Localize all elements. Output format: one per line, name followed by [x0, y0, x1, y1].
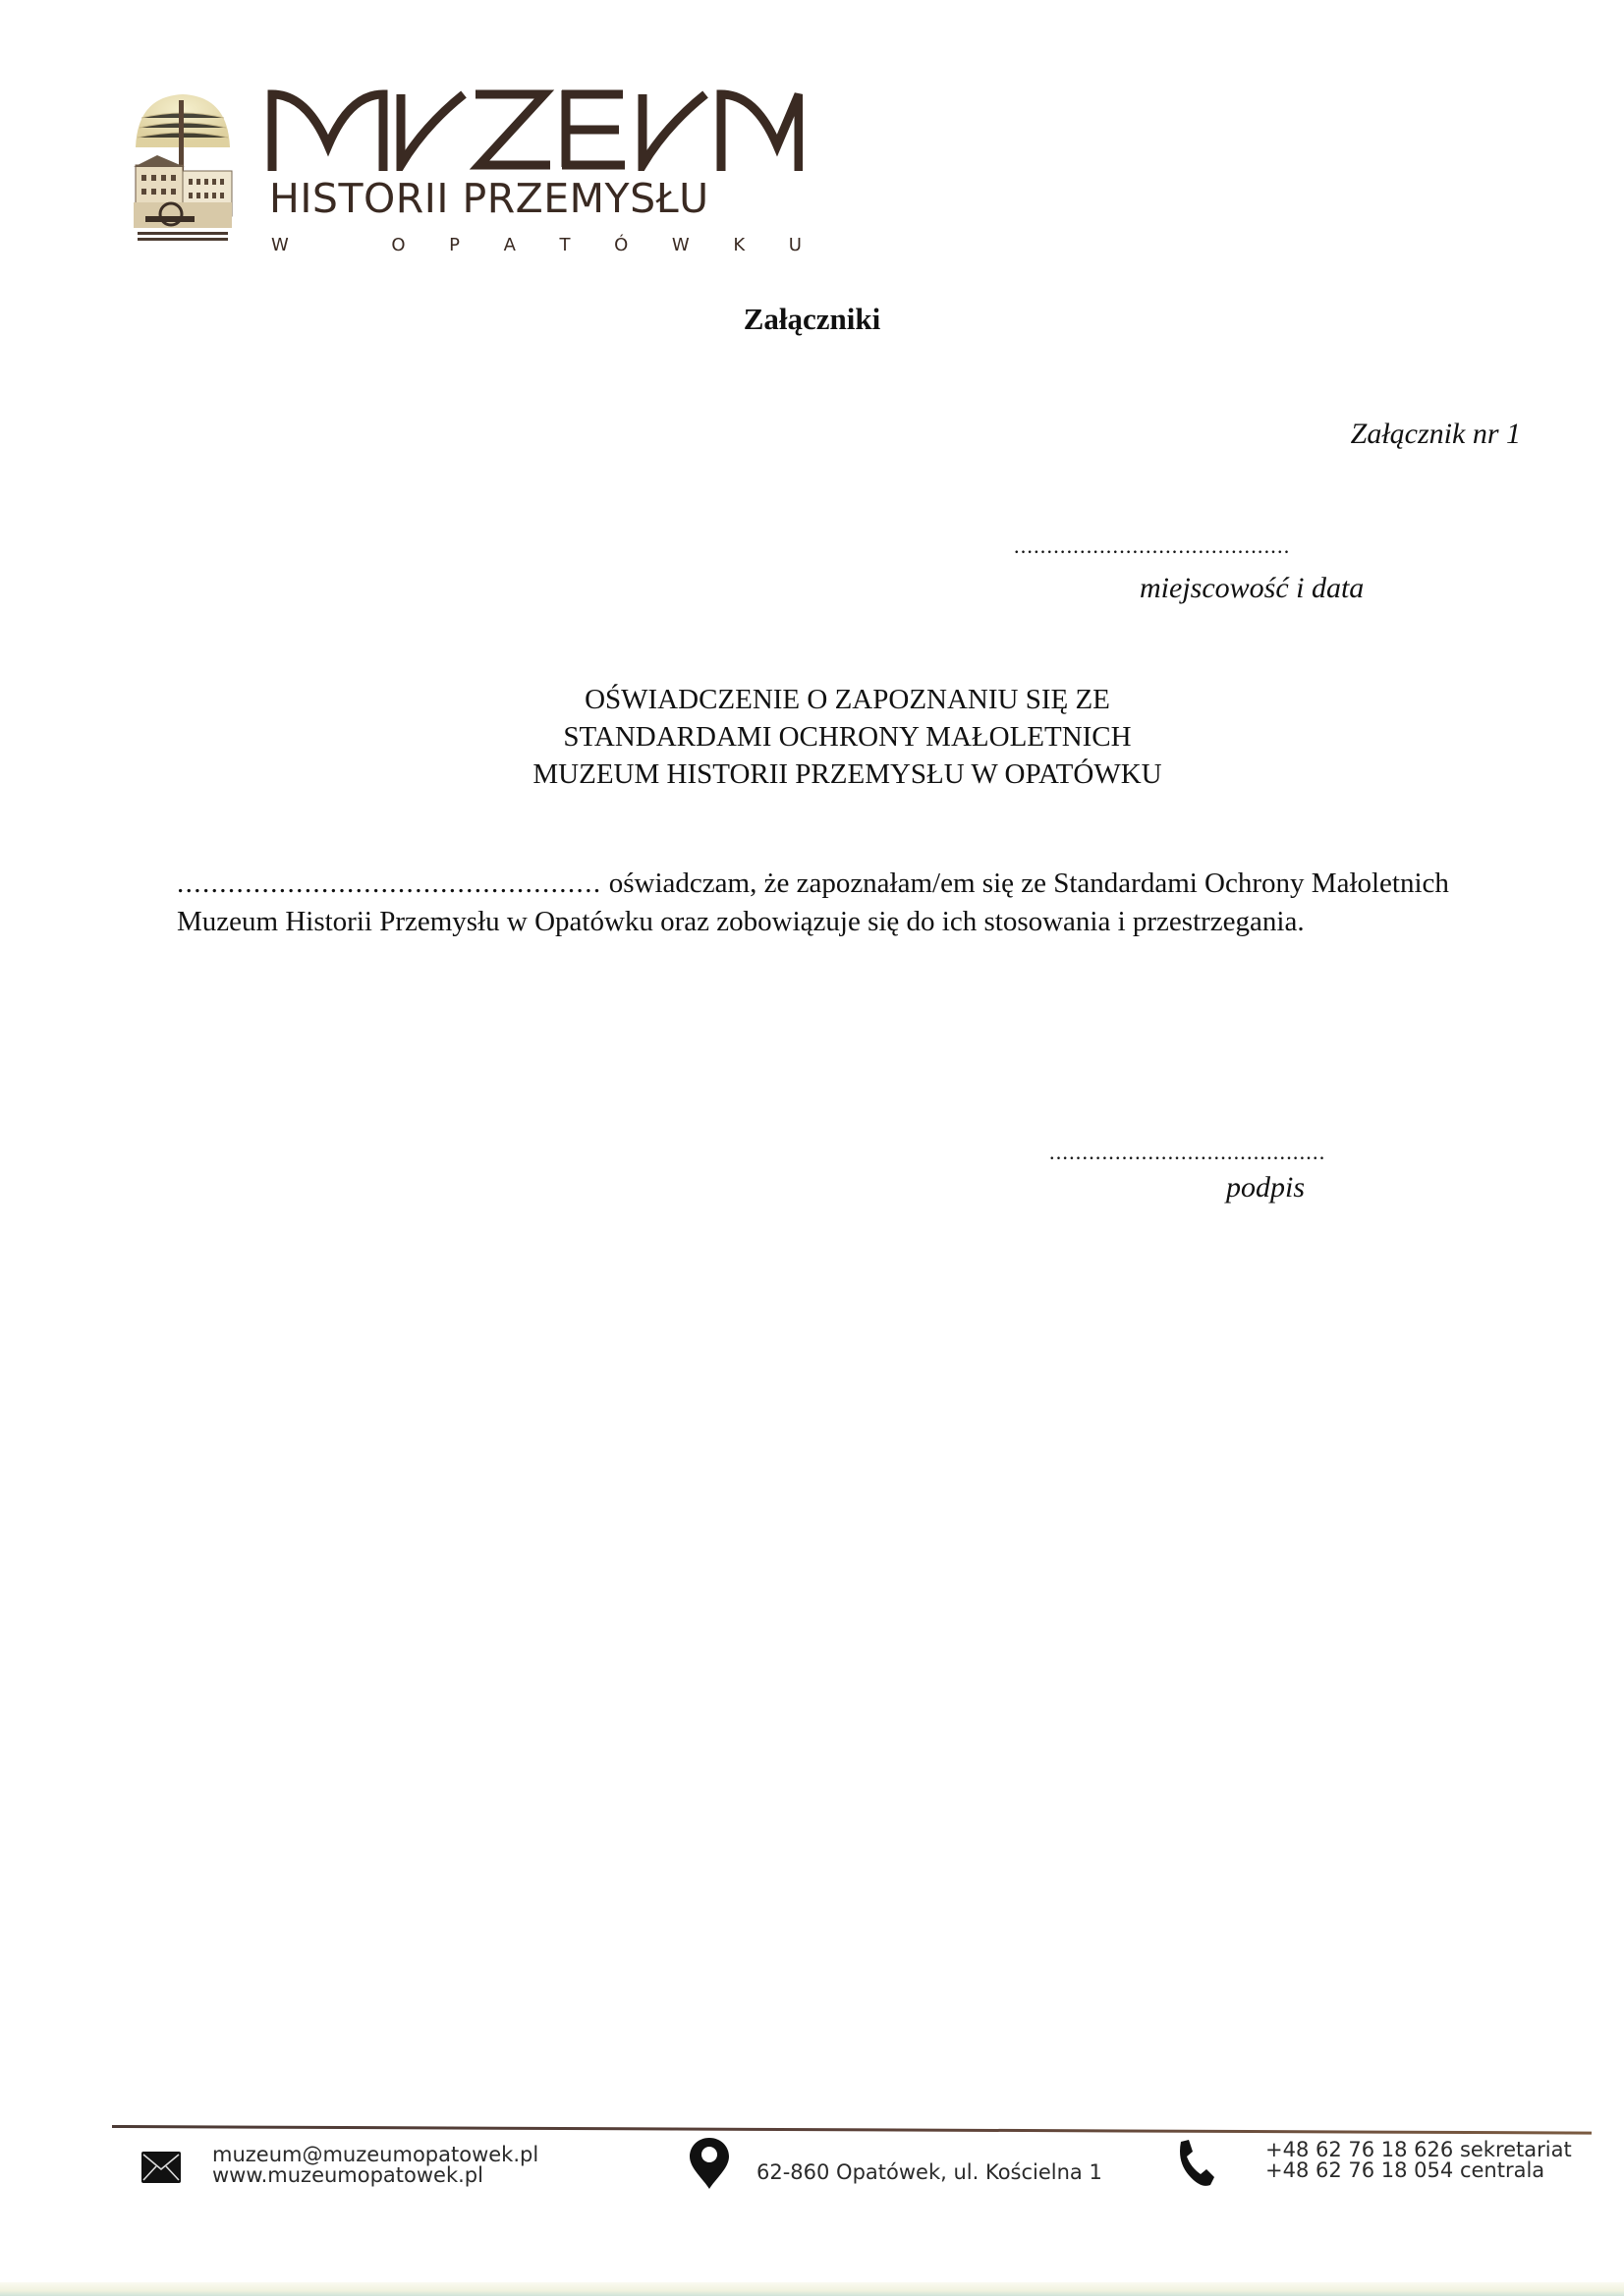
title-text: Załączniki — [744, 302, 881, 337]
city-letter: W — [672, 235, 690, 255]
footer-phone-secretariat[interactable]: +48 62 76 18 626 sekretariat — [1265, 2140, 1572, 2160]
page-title: Załączniki — [0, 302, 1624, 337]
museum-subtitle: HISTORII PRZEMYSŁU — [269, 179, 709, 219]
map-pin-icon — [690, 2138, 729, 2189]
factory-illustration-icon — [128, 88, 238, 248]
document-page: HISTORII PRZEMYSŁU W O P A T Ó W K U Zał… — [0, 0, 1624, 2296]
city-letter: T — [560, 235, 571, 255]
heading-line: OŚWIADCZENIE O ZAPOZNANIU SIĘ ZE — [0, 681, 1624, 718]
footer-contact-web: muzeum@muzeumopatowek.pl www.muzeumopato… — [212, 2145, 538, 2186]
city-letter: P — [449, 235, 460, 255]
signature-caption: podpis — [1226, 1171, 1305, 1204]
declaration-body: ........................................… — [177, 865, 1474, 941]
city-letter: W — [271, 235, 289, 255]
city-letter: U — [789, 235, 802, 255]
phone-icon — [1175, 2140, 1214, 2187]
heading-line: MUZEUM HISTORII PRZEMYSŁU W OPATÓWKU — [0, 756, 1624, 793]
envelope-icon — [141, 2152, 181, 2183]
signature-field[interactable]: ........................................… — [1049, 1140, 1521, 1165]
declaration-heading: OŚWIADCZENIE O ZAPOZNANIU SIĘ ZE STANDAR… — [0, 681, 1624, 793]
city-letter: A — [504, 235, 516, 255]
museum-wordmark — [267, 86, 803, 171]
museum-city: W O P A T Ó W K U — [271, 235, 802, 255]
place-date-field[interactable]: ........................................… — [1014, 533, 1517, 559]
footer-phone-central[interactable]: +48 62 76 18 054 centrala — [1265, 2160, 1572, 2181]
city-letter: K — [733, 235, 745, 255]
place-date-caption: miejscowość i data — [1140, 572, 1364, 605]
scan-edge — [0, 2282, 1624, 2296]
footer-email[interactable]: muzeum@muzeumopatowek.pl — [212, 2145, 538, 2165]
footer-website[interactable]: www.muzeumopatowek.pl — [212, 2165, 538, 2186]
city-letter: O — [391, 235, 405, 255]
heading-line: STANDARDAMI OCHRONY MAŁOLETNICH — [0, 718, 1624, 756]
name-field[interactable]: ........................................… — [177, 868, 602, 899]
footer-phones: +48 62 76 18 626 sekretariat +48 62 76 1… — [1265, 2140, 1572, 2181]
annex-label: Załącznik nr 1 — [1351, 418, 1521, 451]
city-letter: Ó — [614, 235, 628, 255]
footer-address: 62-860 Opatówek, ul. Kościelna 1 — [756, 2162, 1102, 2183]
footer-divider — [112, 2125, 1592, 2135]
